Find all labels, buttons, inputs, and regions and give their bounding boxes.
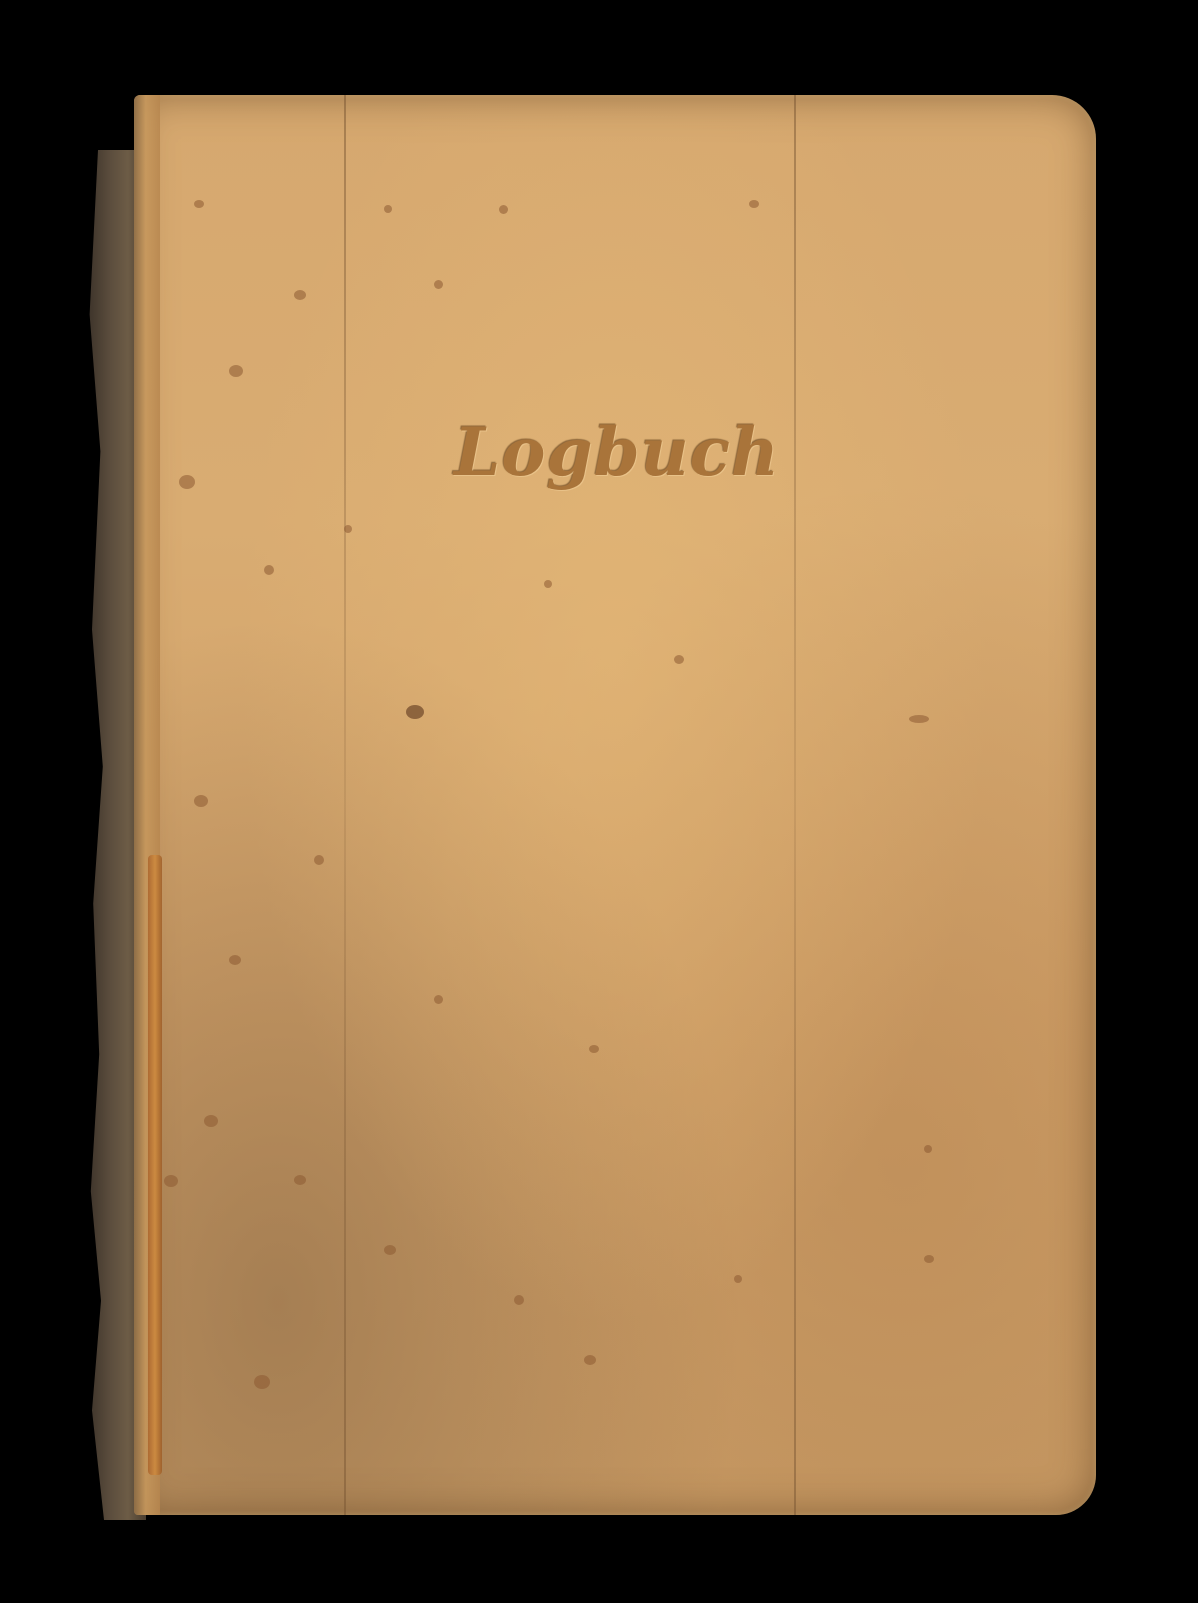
stain-spot (514, 1295, 524, 1305)
stain-spot (179, 475, 195, 489)
crease-line (794, 95, 796, 1515)
crease-line (344, 95, 346, 1515)
stain-spot (924, 1255, 934, 1263)
stain-spot (254, 1375, 270, 1389)
stain-spot (924, 1145, 932, 1153)
stain-spot (406, 705, 424, 719)
stain-spot (499, 205, 508, 214)
stain-spot (344, 525, 352, 533)
stain-spot (194, 200, 204, 208)
stain-spot (384, 205, 392, 213)
stain-spot (294, 1175, 306, 1185)
stain-spot (434, 280, 443, 289)
stain-spot (544, 580, 552, 588)
stain-spot (229, 955, 241, 965)
stain-spot (909, 715, 929, 723)
stain-spot (264, 565, 274, 575)
stain-spot (229, 365, 243, 377)
stain-spot (734, 1275, 742, 1283)
stain-spot (164, 1175, 178, 1187)
stain-spot (294, 290, 306, 300)
stain-spot (194, 795, 208, 807)
stain-spot (674, 655, 684, 664)
stain-spot (584, 1355, 596, 1365)
stain-spot (314, 855, 324, 865)
spine-tape (148, 855, 162, 1475)
book-cover: Logbuch (134, 95, 1096, 1515)
stain-spot (749, 200, 759, 208)
stain-spot (204, 1115, 218, 1127)
stain-spot (434, 995, 443, 1004)
cover-title: Logbuch (454, 413, 754, 491)
stain-spot (589, 1045, 599, 1053)
stain-spot (384, 1245, 396, 1255)
